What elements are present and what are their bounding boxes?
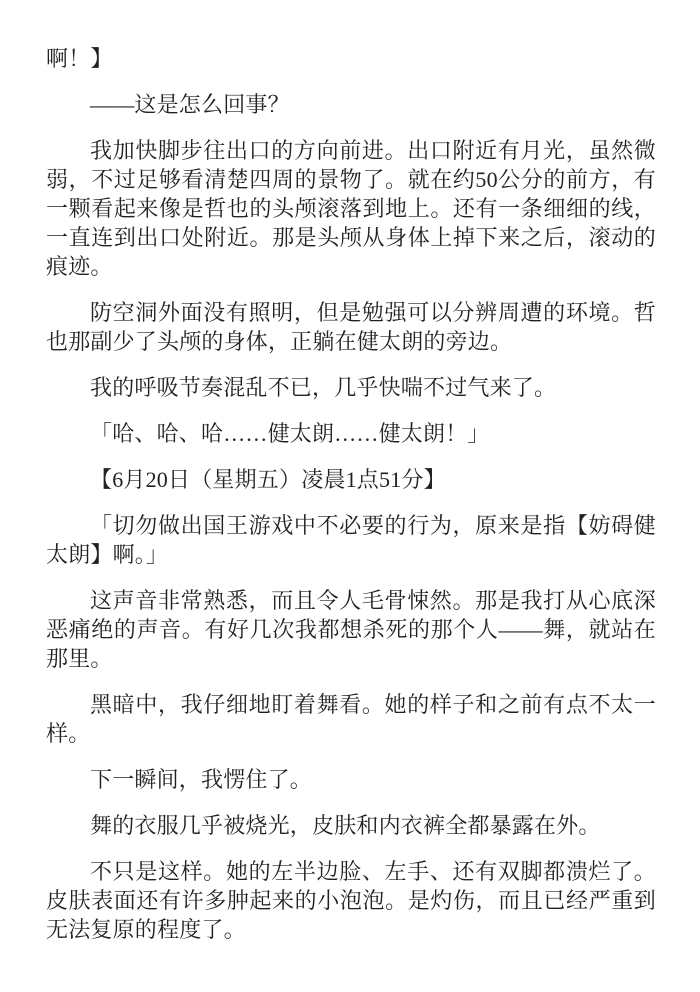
paragraph: 这声音非常熟悉，而且令人毛骨悚然。那是我打从心底深恶痛绝的声音。有好几次我都想杀… — [46, 586, 656, 673]
paragraph: 不只是这样。她的左半边脸、左手、还有双脚都溃烂了。皮肤表面还有许多肿起来的小泡泡… — [46, 857, 656, 944]
paragraph-bracket-continuation: 啊！】 — [46, 44, 656, 73]
paragraph: 下一瞬间，我愣住了。 — [46, 765, 656, 794]
paragraph-datetime-header: 【6月20日（星期五）凌晨1点51分】 — [46, 465, 656, 494]
paragraph: 我的呼吸节奏混乱不已，几乎快喘不过气来了。 — [46, 373, 656, 402]
paragraph: 舞的衣服几乎被烧光，皮肤和内衣裤全都暴露在外。 — [46, 811, 656, 840]
paragraph: ——这是怎么回事？ — [46, 90, 656, 119]
paragraph: 我加快脚步往出口的方向前进。出口附近有月光，虽然微弱，不过足够看清楚四周的景物了… — [46, 136, 656, 281]
paragraph-dialogue: 「哈、哈、哈……健太朗……健太朗！」 — [46, 419, 656, 448]
paragraph: 黑暗中，我仔细地盯着舞看。她的样子和之前有点不太一样。 — [46, 690, 656, 748]
paragraph: 防空洞外面没有照明，但是勉强可以分辨周遭的环境。哲也那副少了头颅的身体，正躺在健… — [46, 298, 656, 356]
paragraph-dialogue: 「切勿做出国王游戏中不必要的行为，原来是指【妨碍健太朗】啊。」 — [46, 511, 656, 569]
novel-page: 啊！】 ——这是怎么回事？ 我加快脚步往出口的方向前进。出口附近有月光，虽然微弱… — [0, 0, 700, 992]
